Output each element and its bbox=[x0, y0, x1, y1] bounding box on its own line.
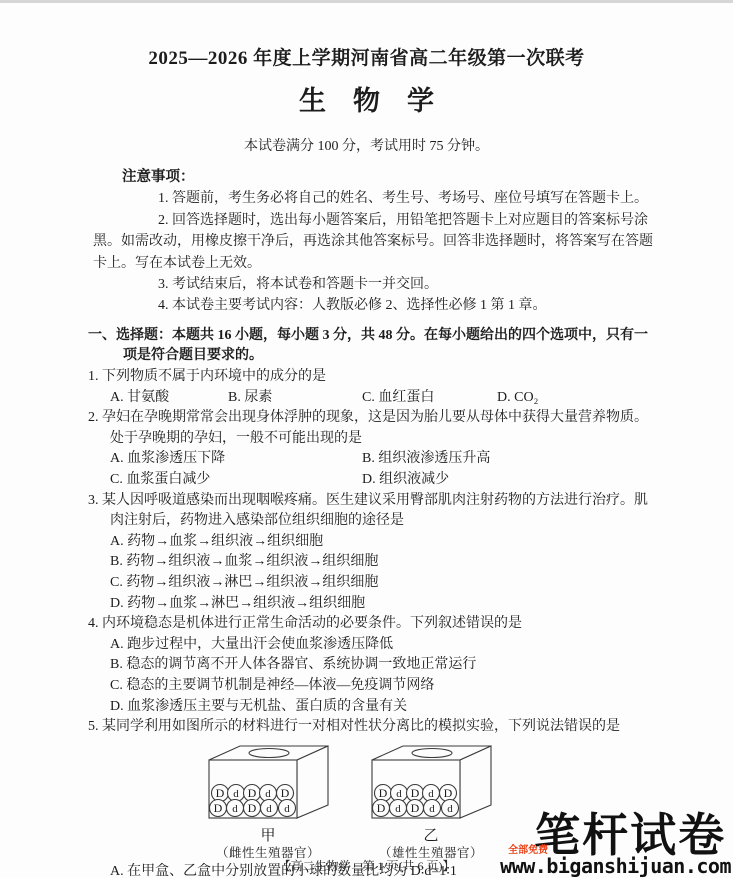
box-label-jia: 甲 bbox=[207, 828, 330, 845]
question-4-option-b: B. 稳态的调节离不开人体各器官、系统协调一致地正常运行 bbox=[110, 655, 651, 676]
question-2: 2. 孕妇在孕晚期常常会出现身体浮肿的现象，这是因为胎儿要从母体中获得大量营养物… bbox=[88, 408, 651, 490]
svg-text:D: D bbox=[410, 801, 419, 815]
exam-info-line: 本试卷满分 100 分，考试用时 75 分钟。 bbox=[0, 135, 733, 155]
watermark-brand: 笔杆试卷 bbox=[534, 810, 726, 861]
question-3-option-a: A. 药物→血浆→组织液→组织细胞 bbox=[110, 532, 651, 553]
svg-text:d: d bbox=[284, 803, 290, 815]
exam-paper-page: 2025—2026 年度上学期河南省高二年级第一次联考 生 物 学 本试卷满分 … bbox=[0, 0, 733, 878]
question-2-stem: 2. 孕妇在孕晚期常常会出现身体浮肿的现象，这是因为胎儿要从母体中获得大量营养物… bbox=[88, 408, 651, 449]
question-1-option-c: C. 血红蛋白 bbox=[362, 388, 497, 409]
notice-heading: 注意事项： bbox=[122, 167, 653, 188]
svg-text:d: d bbox=[265, 788, 271, 800]
box-figure-jia: DdDdDDdDdd 甲 （雌性生殖器官） bbox=[207, 743, 330, 862]
watermark-free-label: 全部免费 bbox=[508, 841, 548, 856]
watermark: 全部免费 笔杆试卷 www.biganshijuan.com bbox=[500, 813, 731, 877]
svg-text:D: D bbox=[280, 786, 289, 800]
svg-text:D: D bbox=[215, 786, 224, 800]
question-1-option-a: A. 甘氨酸 bbox=[110, 388, 228, 409]
question-3-option-c: C. 药物→组织液→淋巴→组织液→组织细胞 bbox=[110, 573, 651, 594]
svg-text:d: d bbox=[429, 803, 435, 815]
question-2-option-b: B. 组织液渗透压升高 bbox=[362, 449, 651, 470]
question-3: 3. 某人因呼吸道感染而出现咽喉疼痛。医生建议采用臀部肌肉注射药物的方法进行治疗… bbox=[88, 491, 651, 615]
notice-item-4: 4. 本试卷主要考试内容：人教版必修 2、选择性必修 1 第 1 章。 bbox=[93, 295, 653, 316]
question-1-option-b: B. 尿素 bbox=[228, 388, 362, 409]
question-1-options: A. 甘氨酸 B. 尿素 C. 血红蛋白 D. CO₂ bbox=[110, 388, 651, 409]
svg-text:D: D bbox=[443, 786, 452, 800]
section-1-header: 一、选择题：本题共 16 小题，每小题 3 分，共 48 分。在每小题给出的四个… bbox=[88, 326, 651, 367]
question-2-option-a: A. 血浆渗透压下降 bbox=[110, 449, 362, 470]
box-figure-yi: DdDdDDdDdd 乙 （雄性生殖器官） bbox=[370, 743, 493, 862]
box-label-yi: 乙 bbox=[370, 828, 493, 845]
notice-item-3: 3. 考试结束后，将本试卷和答题卡一并交回。 bbox=[93, 274, 653, 295]
svg-text:D: D bbox=[213, 801, 222, 815]
svg-text:D: D bbox=[410, 786, 419, 800]
svg-text:D: D bbox=[378, 786, 387, 800]
question-1-stem: 1. 下列物质不属于内环境中的成分的是 bbox=[88, 367, 651, 388]
notice-item-1: 1. 答题前，考生务必将自己的姓名、考生号、考场号、座位号填写在答题卡上。 bbox=[93, 188, 653, 209]
question-2-option-c: C. 血浆蛋白减少 bbox=[110, 470, 362, 491]
question-2-options: A. 血浆渗透压下降 B. 组织液渗透压升高 C. 血浆蛋白减少 D. 组织液减… bbox=[110, 449, 651, 490]
question-3-stem: 3. 某人因呼吸道感染而出现咽喉疼痛。医生建议采用臀部肌肉注射药物的方法进行治疗… bbox=[88, 491, 651, 532]
svg-text:d: d bbox=[232, 803, 238, 815]
question-3-option-b: B. 药物→组织液→血浆→组织液→组织细胞 bbox=[110, 552, 651, 573]
svg-text:D: D bbox=[247, 801, 256, 815]
gene-ball-box-diagram-jia: DdDdDDdDdd bbox=[207, 743, 330, 819]
svg-text:d: d bbox=[428, 788, 434, 800]
question-2-option-d: D. 组织液减少 bbox=[362, 470, 651, 491]
question-1: 1. 下列物质不属于内环境中的成分的是 A. 甘氨酸 B. 尿素 C. 血红蛋白… bbox=[88, 367, 651, 408]
notice-section: 注意事项： 1. 答题前，考生务必将自己的姓名、考生号、考场号、座位号填写在答题… bbox=[0, 167, 733, 317]
question-4-option-a: A. 跑步过程中，大量出汗会使血浆渗透压降低 bbox=[110, 635, 651, 656]
svg-text:D: D bbox=[376, 801, 385, 815]
notice-item-2: 2. 回答选择题时，选出每小题答案后，用铅笔把答题卡上对应题目的答案标号涂黑。如… bbox=[93, 210, 653, 274]
svg-text:d: d bbox=[396, 788, 402, 800]
question-4: 4. 内环境稳态是机体进行正常生命活动的必要条件。下列叙述错误的是 A. 跑步过… bbox=[88, 614, 651, 717]
svg-text:D: D bbox=[247, 786, 256, 800]
svg-text:d: d bbox=[447, 803, 453, 815]
svg-text:d: d bbox=[395, 803, 401, 815]
question-4-stem: 4. 内环境稳态是机体进行正常生命活动的必要条件。下列叙述错误的是 bbox=[88, 614, 651, 635]
question-4-option-d: D. 血浆渗透压主要与无机盐、蛋白质的含量有关 bbox=[110, 697, 651, 718]
question-1-option-d: D. CO₂ bbox=[497, 388, 651, 409]
svg-text:d: d bbox=[233, 788, 239, 800]
question-5-stem: 5. 某同学利用如图所示的材料进行一对相对性状分离比的模拟实验，下列说法错误的是 bbox=[88, 717, 651, 738]
exam-subject-title: 生 物 学 bbox=[0, 79, 733, 118]
question-4-option-c: C. 稳态的主要调节机制是神经—体液—免疫调节网络 bbox=[110, 676, 651, 697]
gene-ball-box-diagram-yi: DdDdDDdDdd bbox=[370, 743, 493, 819]
question-3-option-d: D. 药物→血浆→淋巴→组织液→组织细胞 bbox=[110, 594, 651, 615]
questions-section: 一、选择题：本题共 16 小题，每小题 3 分，共 48 分。在每小题给出的四个… bbox=[0, 326, 733, 878]
svg-text:d: d bbox=[266, 803, 272, 815]
exam-session-title: 2025—2026 年度上学期河南省高二年级第一次联考 bbox=[0, 43, 733, 70]
